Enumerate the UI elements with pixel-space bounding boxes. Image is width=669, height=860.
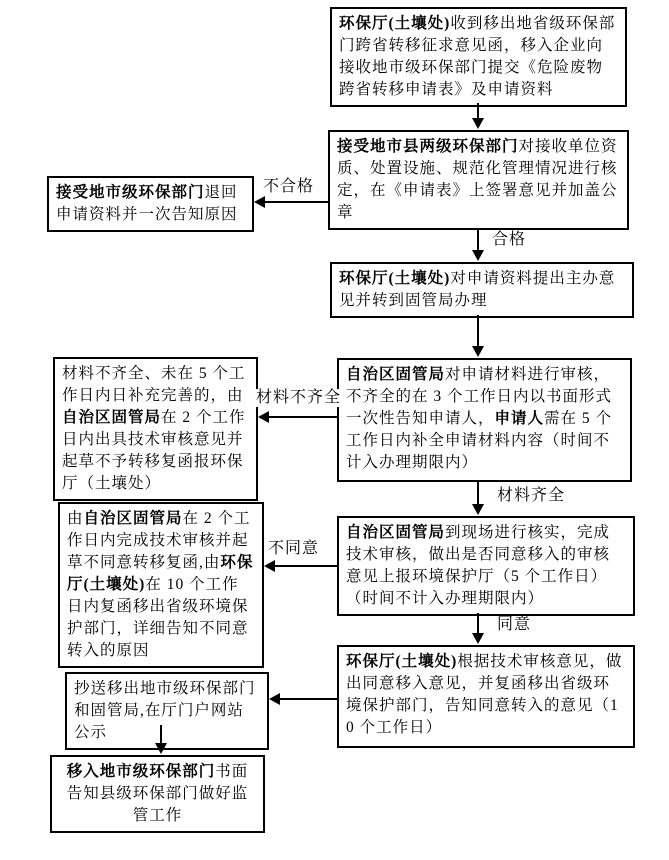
connector-line	[269, 416, 337, 418]
edge-label-unqualified: 不合格	[263, 178, 314, 196]
connector-line	[477, 228, 479, 250]
edge-label-materials-complete: 材料齐全	[497, 487, 565, 505]
box-bold-text: 移入地市级环保部门	[67, 763, 216, 780]
flow-box-copy-and-publicity: 抄送移出地市级环保部门和固管局,在厅门户网站公示	[65, 672, 269, 750]
box-bold-text: 申请人	[495, 410, 545, 427]
flow-box-city-county-review: 接受地市县两级环保部门对接收单位资质、处置设施、规范化管理情况进行核定，在《申请…	[328, 130, 629, 230]
connector-line	[477, 613, 479, 633]
flow-box-city-epa-notify-county: 移入地市级环保部门书面告知县级环保部门做好监管工作	[50, 755, 265, 833]
arrowhead-left-icon	[264, 560, 275, 572]
connector-line	[477, 315, 479, 346]
arrowhead-down-icon	[472, 250, 484, 261]
arrowhead-left-icon	[258, 411, 269, 423]
connector-line	[477, 482, 479, 504]
box-text: 由	[67, 510, 84, 527]
flowchart-canvas: 环保厅(土壤处)收到移出地省级环保部门跨省转移征求意见函，移入企业向接收地市级环…	[0, 0, 669, 860]
connector-line	[280, 698, 337, 700]
flow-box-epa-approval-reply: 环保厅(土壤处)根据技术审核意见，做出同意移入意见，并复函移出省级环境保护部门，…	[337, 645, 635, 748]
connector-line	[160, 725, 162, 743]
arrowhead-down-icon	[155, 743, 167, 754]
box-bold-text: 自治区固管局	[84, 510, 183, 527]
connector-line	[265, 201, 328, 203]
box-text: 材料不齐全、未在 5 个工作日内日补充完善的，由	[62, 365, 246, 404]
box-bold-text: 接受地市县两级环保部门	[337, 138, 519, 155]
edge-label-qualified: 合格	[492, 231, 526, 249]
connector-line	[477, 103, 479, 118]
flow-box-return-application: 接受地市级环保部门退回申请资料并一次告知原因	[47, 176, 254, 232]
arrowhead-left-icon	[269, 693, 280, 705]
flow-box-incomplete-rejection-letter: 材料不齐全、未在 5 个工作日内日补充完善的，由自治区固管局在 2 个工作日内出…	[53, 357, 258, 501]
box-bold-text: 环保厅(土壤处)	[339, 15, 450, 32]
box-bold-text: 自治区固管局	[346, 524, 445, 541]
arrowhead-left-icon	[254, 196, 265, 208]
flow-box-disagree-reply: 由自治区固管局在 2 个工作日内完成技术审核并起草不同意转移复函,由环保厅(土壤…	[58, 502, 264, 668]
arrowhead-down-icon	[472, 118, 484, 129]
box-text: 抄送移出地市级环保部门和固管局,在厅门户网站公示	[74, 680, 256, 741]
flow-box-bureau-site-verification: 自治区固管局到现场进行核实，完成技术审核，做出是否同意移入的审核意见上报环境保护…	[337, 516, 635, 616]
box-bold-text: 环保厅(土壤处)	[339, 270, 450, 287]
connector-line	[275, 565, 337, 567]
edge-label-disagree: 不同意	[268, 540, 319, 558]
flow-box-epa-forward-to-bureau: 环保厅(土壤处)对申请资料提出主办意见并转到固管局办理	[330, 262, 634, 318]
flow-box-bureau-material-review: 自治区固管局对申请材料进行审核，不齐全的在 3 个工作日内以书面形式一次性告知申…	[337, 358, 632, 482]
box-bold-text: 自治区固管局	[62, 409, 161, 426]
arrowhead-down-icon	[472, 346, 484, 357]
arrowhead-down-icon	[472, 504, 484, 515]
box-bold-text: 自治区固管局	[346, 366, 445, 383]
flow-box-transfer-request-received: 环保厅(土壤处)收到移出地省级环保部门跨省转移征求意见函，移入企业向接收地市级环…	[330, 7, 627, 107]
edge-label-agree: 同意	[497, 616, 531, 634]
arrowhead-down-icon	[472, 633, 484, 644]
box-bold-text: 环保厅(土壤处)	[346, 653, 457, 670]
box-bold-text: 接受地市级环保部门	[56, 184, 205, 201]
edge-label-materials-incomplete: 材料不齐全	[256, 389, 341, 407]
